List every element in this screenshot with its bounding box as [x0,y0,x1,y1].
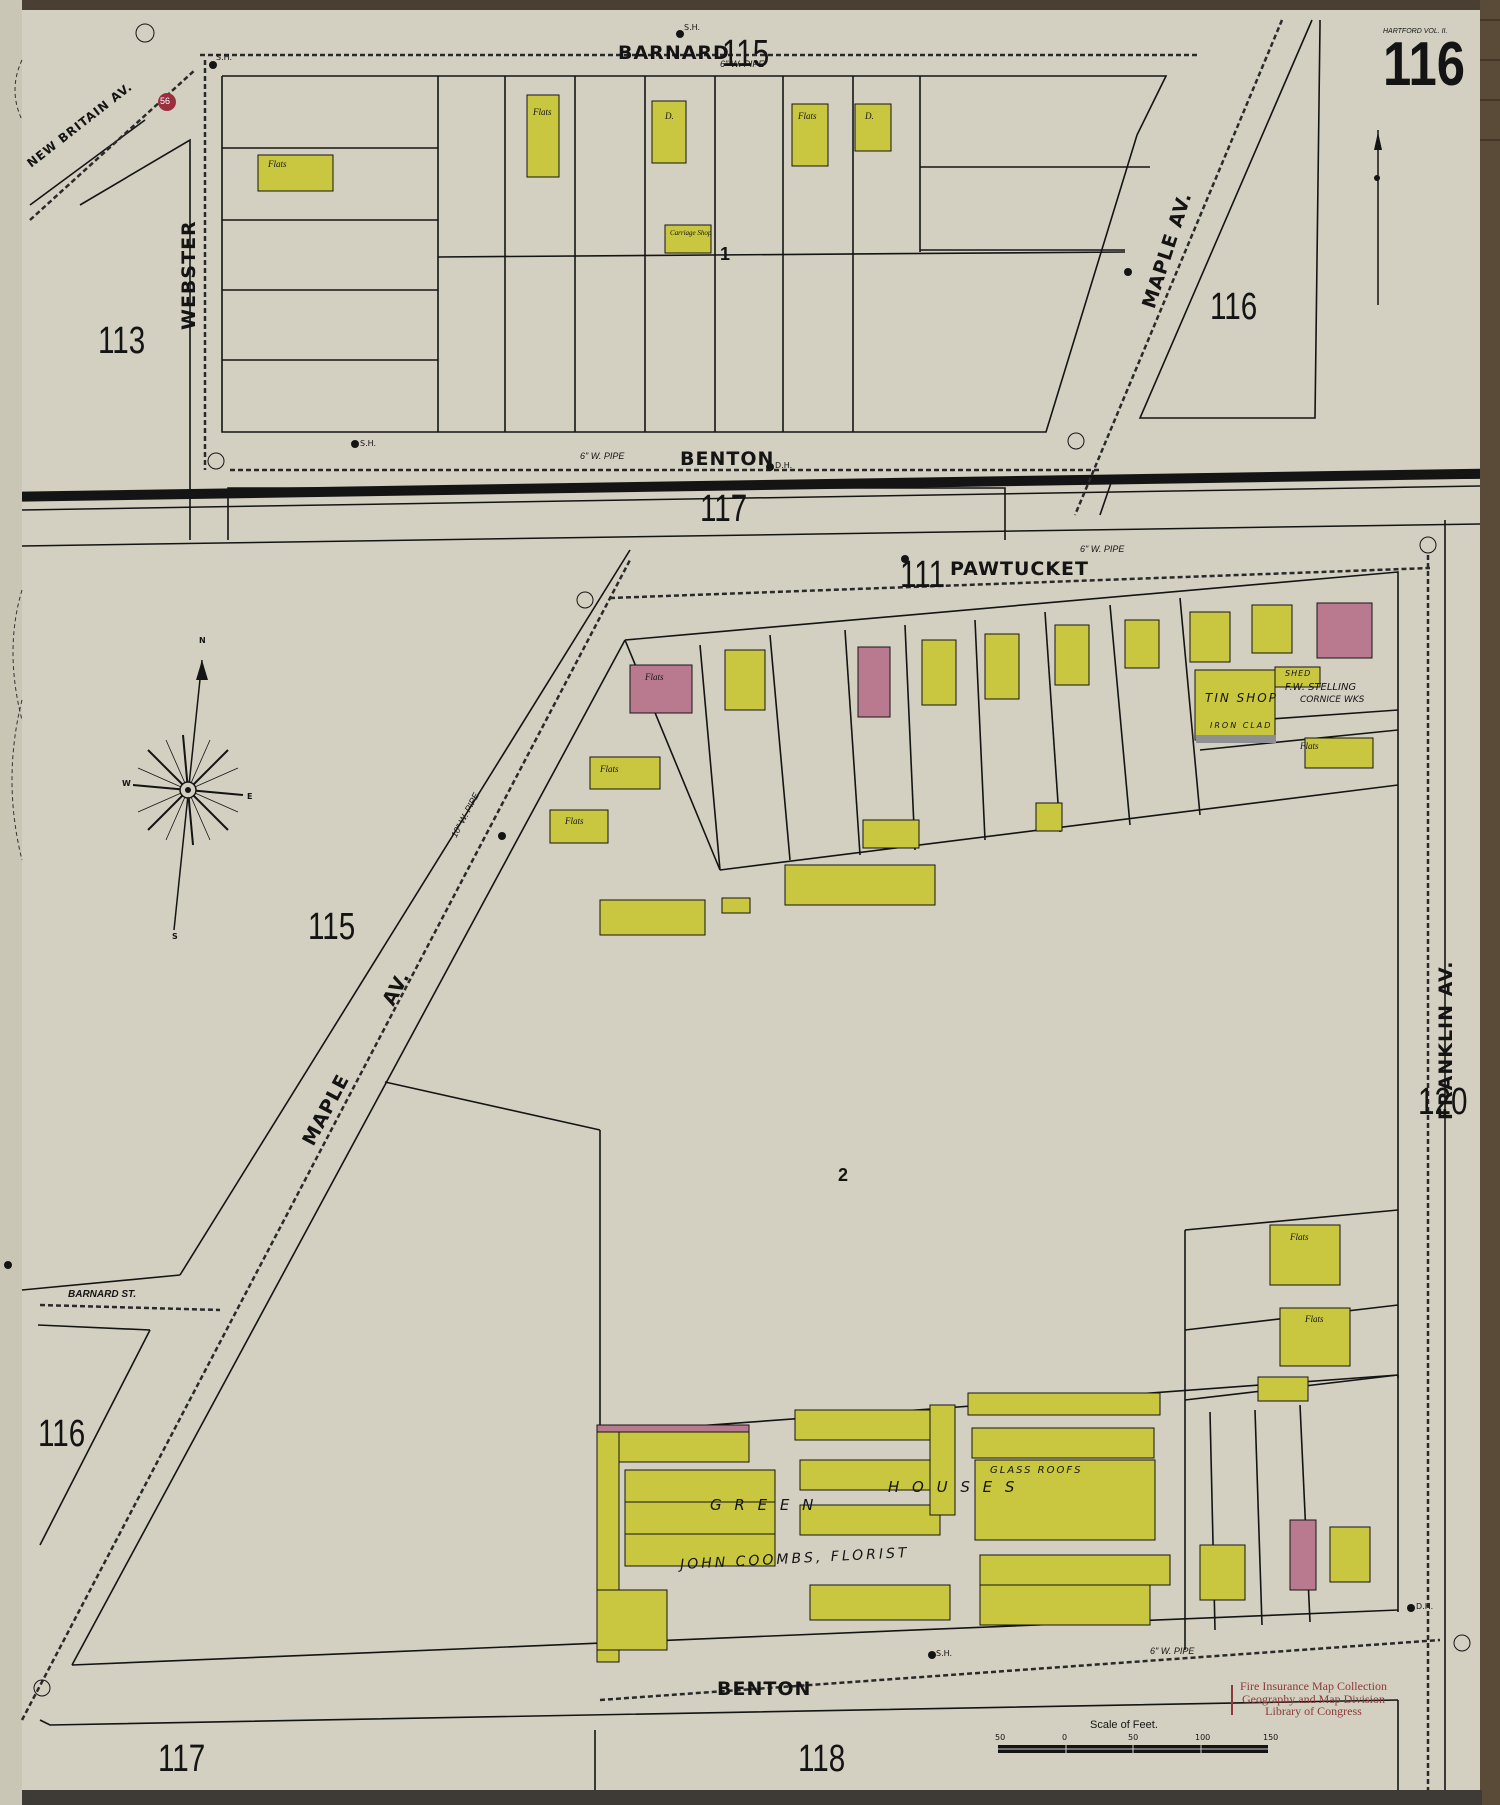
map-drawing [0,0,1500,1805]
block-118: 118 [798,1740,845,1778]
street-pawtucket: PAWTUCKET [950,560,1089,579]
label-flats-1: Flats [268,160,287,169]
label-carriage-shop: Carriage Shop [670,230,711,237]
label-flats-7: Flats [1290,1233,1309,1242]
scale-tick-100: 100 [1195,1734,1210,1742]
compass-e: E [247,793,252,801]
street-benton-bottom: BENTON [717,1680,811,1699]
label-green: G R E E N [710,1498,817,1513]
block-117-mid: 117 [700,490,747,528]
sanborn-map-sheet: HARTFORD VOL. II. 116 BARNARD 115 WEBSTE… [0,0,1500,1805]
compass-s: S [172,933,178,941]
label-dwelling-1: D. [665,112,674,121]
scale-tick-0: 0 [1062,1734,1067,1742]
sh-label-2: S.H. [684,24,700,32]
scale-bar [998,1745,1268,1753]
sh-label-1: S.H. [216,54,232,62]
street-webster: WEBSTER [180,220,199,330]
street-barnard: BARNARD [618,44,730,63]
page-number: 116 [1383,34,1465,96]
lot-2: 2 [838,1166,848,1184]
label-glass-roofs: GLASS ROOFS [990,1466,1082,1476]
pipe-pawtucket: 6" W. PIPE [1080,545,1124,554]
dh-label-1: D.H. [775,462,792,470]
dh-label-2: D.H. [1416,1603,1433,1611]
label-flats-3: Flats [798,112,817,121]
label-cornice-works: CORNICE WKS [1300,696,1364,705]
block-116-right: 116 [1210,288,1257,326]
compass-w: W [122,780,131,788]
label-iron-clad: IRON CLAD [1210,722,1272,730]
block-111: 111 [900,556,945,594]
sh-label-4: S.H. [936,1650,952,1658]
loc-stamp: Fire Insurance Map Collection Geography … [1240,1680,1387,1718]
sh-label-3: S.H. [360,440,376,448]
block-120: 120 [1418,1083,1467,1121]
street-benton-mid: BENTON [680,450,774,469]
stamp-line-1: Fire Insurance Map Collection [1240,1680,1387,1693]
stamp-line-3: Library of Congress [1240,1705,1387,1718]
label-flats-6: Flats [1300,742,1319,751]
pipe-benton-bottom: 6" W. PIPE [1150,1647,1194,1656]
pipe-benton: 6" W. PIPE [580,452,624,461]
label-flats-4: Flats [600,765,619,774]
label-flats-pink: Flats [645,673,664,682]
label-flats-8: Flats [1305,1315,1324,1324]
pipe-barnard: 6" W. PIPE [720,60,764,69]
label-shed: SHED [1285,670,1311,678]
label-tin-shop: TIN SHOP [1205,692,1278,704]
block-115-main: 115 [308,908,355,946]
scale-title: Scale of Feet. [1090,1720,1158,1731]
lot-1: 1 [720,245,730,263]
label-flats-5: Flats [565,817,584,826]
scale-tick-50: 50 [1128,1734,1138,1742]
street-barnard-st: BARNARD ST. [68,1290,136,1300]
block-113: 113 [98,322,145,360]
scale-tick-50l: 50 [995,1734,1005,1742]
label-stelling: F.W. STELLING [1285,683,1356,693]
label-flats-2: Flats [533,108,552,117]
label-dwelling-2: D. [865,112,874,121]
block-117-bottom: 117 [158,1740,205,1778]
block-116-left: 116 [38,1415,85,1453]
compass-n: N [199,637,206,645]
scale-tick-150: 150 [1263,1734,1278,1742]
label-houses: H O U S E S [888,1480,1018,1495]
hydrant-56-label: 56 [160,97,170,106]
